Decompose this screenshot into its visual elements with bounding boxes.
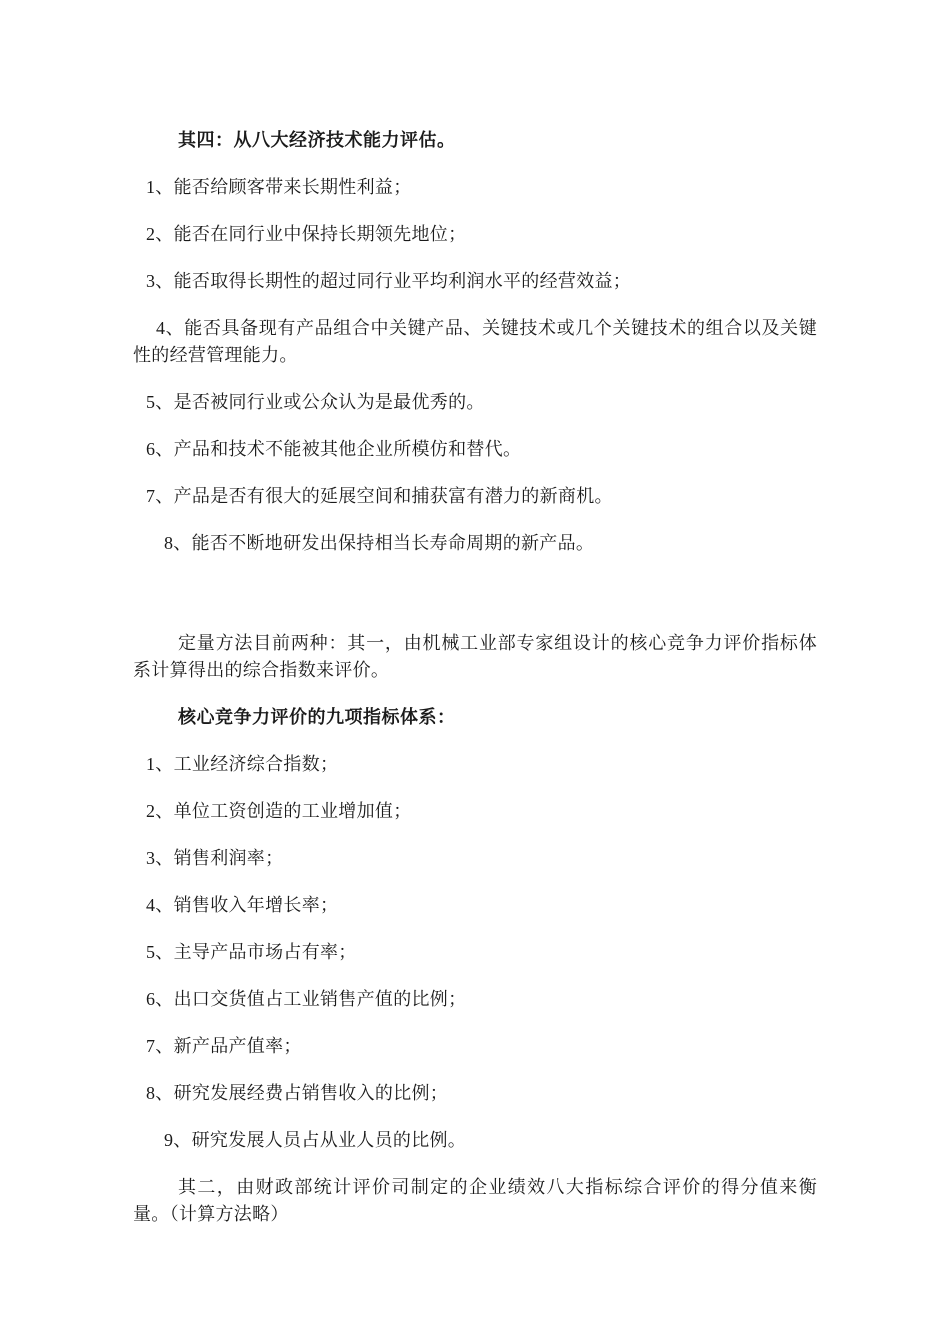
capability-item-7: 7、产品是否有很大的延展空间和捕获富有潜力的新商机。 — [133, 483, 817, 510]
capability-item-4: 4、能否具备现有产品组合中关键产品、关键技术或几个关键技术的组合以及关键性的经营… — [133, 315, 817, 369]
indicator-item-9: 9、研究发展人员占从业人员的比例。 — [133, 1127, 817, 1154]
quantitative-methods-paragraph: 定量方法目前两种：其一，由机械工业部专家组设计的核心竞争力评价指标体系计算得出的… — [133, 630, 817, 684]
capability-item-2: 2、能否在同行业中保持长期领先地位； — [133, 221, 817, 248]
section-heading-eight-capabilities: 其四：从八大经济技术能力评估。 — [133, 127, 817, 154]
indicator-item-3: 3、销售利润率； — [133, 845, 817, 872]
second-method-paragraph: 其二，由财政部统计评价司制定的企业绩效八大指标综合评价的得分值来衡量。（计算方法… — [133, 1174, 817, 1228]
indicator-item-5: 5、主导产品市场占有率； — [133, 939, 817, 966]
indicator-item-8: 8、研究发展经费占销售收入的比例； — [133, 1080, 817, 1107]
capability-item-8: 8、能否不断地研发出保持相当长寿命周期的新产品。 — [133, 530, 817, 557]
indicator-item-6: 6、出口交货值占工业销售产值的比例； — [133, 986, 817, 1013]
document-page: 其四：从八大经济技术能力评估。 1、能否给顾客带来长期性利益； 2、能否在同行业… — [0, 0, 950, 1344]
section-heading-nine-indicators: 核心竞争力评价的九项指标体系： — [133, 704, 817, 731]
capability-item-6: 6、产品和技术不能被其他企业所模仿和替代。 — [133, 436, 817, 463]
paragraph-gap — [133, 577, 817, 630]
indicator-item-7: 7、新产品产值率； — [133, 1033, 817, 1060]
indicator-item-2: 2、单位工资创造的工业增加值； — [133, 798, 817, 825]
capability-item-5: 5、是否被同行业或公众认为是最优秀的。 — [133, 389, 817, 416]
indicator-item-4: 4、销售收入年增长率； — [133, 892, 817, 919]
capability-item-3: 3、能否取得长期性的超过同行业平均利润水平的经营效益； — [133, 268, 817, 295]
capability-item-1: 1、能否给顾客带来长期性利益； — [133, 174, 817, 201]
indicator-item-1: 1、工业经济综合指数； — [133, 751, 817, 778]
